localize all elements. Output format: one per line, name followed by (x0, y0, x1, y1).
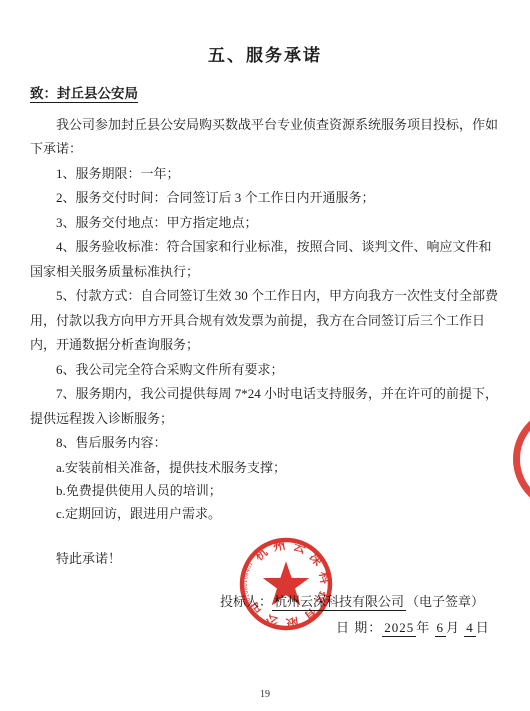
month-unit: 月 (446, 620, 460, 635)
bidder-label: 投标人： (220, 594, 272, 609)
salutation-line: 致：封丘县公安局 (30, 82, 500, 107)
date-label: 日 期： (336, 620, 382, 635)
day-unit: 日 (476, 620, 490, 635)
date-line: 日 期：2025年 6月 4日 (336, 616, 490, 641)
bidder-company-name: 杭州云深科技有限公司 (272, 594, 406, 611)
year-unit: 年 (416, 620, 430, 635)
list-item: 6、我公司完全符合采购文件所有要求； (30, 358, 500, 383)
partial-seal-right-edge (513, 407, 530, 511)
page-title: 五、服务承诺 (30, 44, 500, 68)
page-number: 19 (0, 689, 530, 701)
date-day: 4 (464, 620, 476, 637)
document-page: 五、服务承诺 致：封丘县公安局 我公司参加封丘县公安局购买数战平台专业侦查资源系… (0, 0, 530, 711)
commitment-list: 1、服务期限：一年； 2、服务交付时间：合同签订后 3 个工作日内开通服务； 3… (30, 162, 500, 456)
list-item: 4、服务验收标准：符合国家和行业标准，按照合同、谈判文件、响应文件和国家相关服务… (30, 235, 500, 284)
company-seal-stamp: 杭州云深科技有限公司 3301080108401 (229, 527, 343, 641)
list-item: 2、服务交付时间：合同签订后 3 个工作日内开通服务； (30, 186, 500, 211)
electronic-signature-note: （电子签章） (406, 594, 484, 609)
sub-list-item: c.定期回访，跟进用户需求。 (30, 502, 500, 525)
intro-paragraph: 我公司参加封丘县公安局购买数战平台专业侦查资源系统服务项目投标，作如下承诺： (30, 113, 500, 162)
closing-statement: 特此承诺！ (30, 547, 500, 572)
salutation-text: 致：封丘县公安局 (30, 86, 138, 103)
list-item: 1、服务期限：一年； (30, 162, 500, 187)
sub-list-item: b.免费提供使用人员的培训； (30, 479, 500, 502)
list-item: 8、售后服务内容： (30, 431, 500, 456)
list-item: 7、服务期内，我公司提供每周 7*24 小时电话支持服务，并在许可的前提下，提供… (30, 382, 500, 431)
after-sales-sublist: a.安装前相关准备，提供技术服务支撑； b.免费提供使用人员的培训； c.定期回… (30, 456, 500, 525)
list-item: 3、服务交付地点：甲方指定地点； (30, 211, 500, 236)
date-year: 2025 (382, 620, 416, 637)
list-item: 5、付款方式：自合同签订生效 30 个工作日内，甲方向我方一次性支付全部费用，付… (30, 284, 500, 358)
bidder-signature-line: 投标人：杭州云深科技有限公司（电子签章） (220, 590, 484, 615)
date-month: 6 (435, 620, 447, 637)
sub-list-item: a.安装前相关准备，提供技术服务支撑； (30, 456, 500, 479)
